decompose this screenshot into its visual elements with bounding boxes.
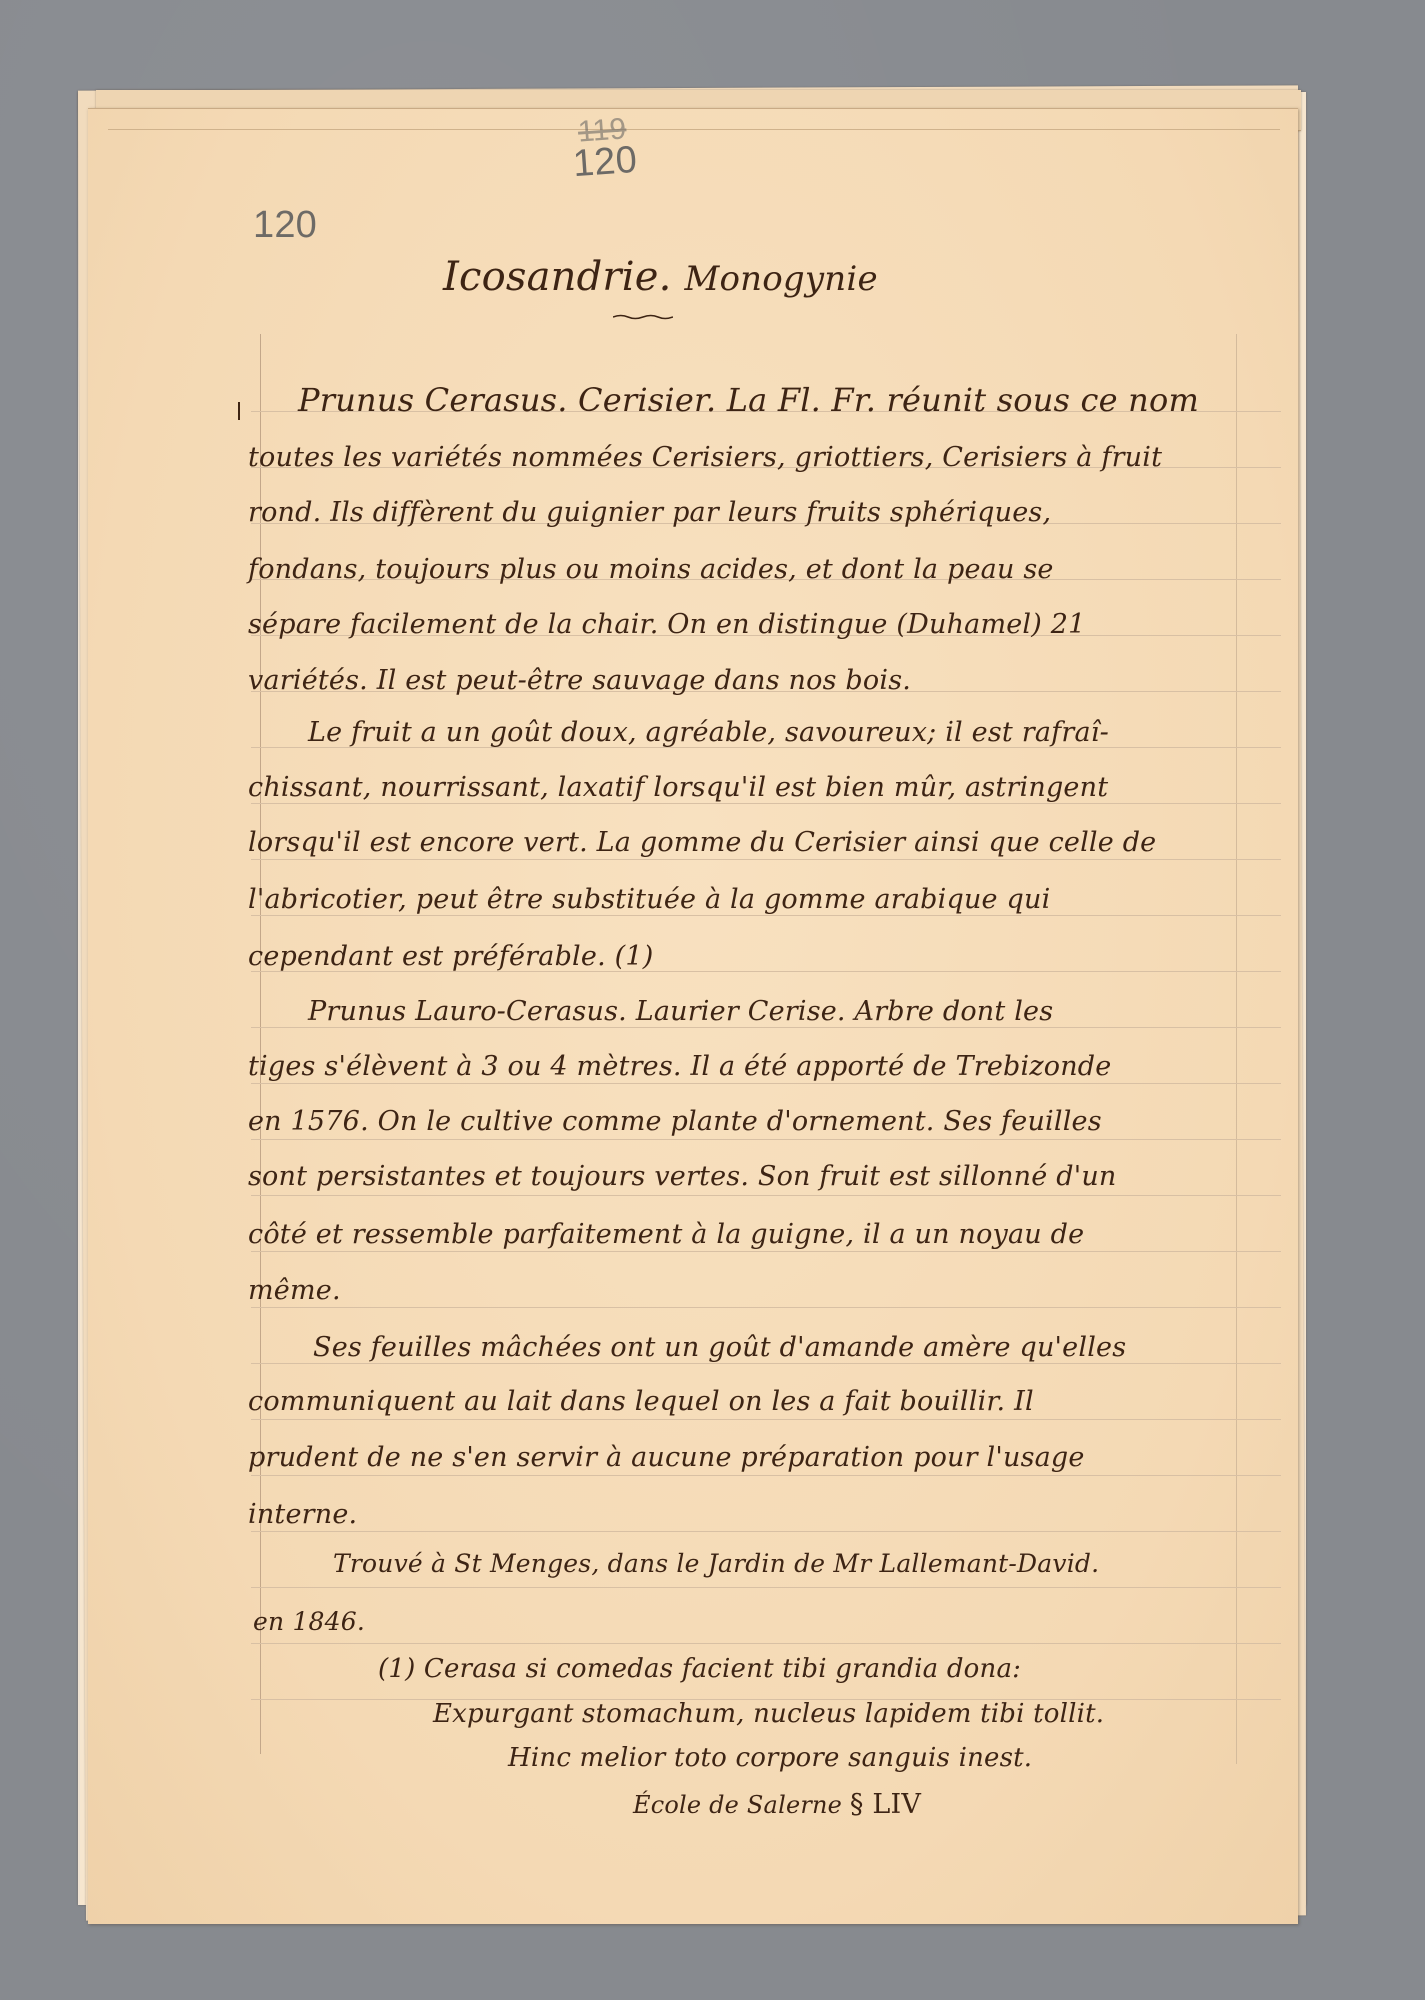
- rule-line: [251, 1643, 1281, 1644]
- rule-line: [251, 1475, 1281, 1476]
- rule-line: [251, 1139, 1281, 1140]
- paragraph-2-line: chissant, nourrissant, laxatif lorsqu'il…: [248, 772, 1108, 803]
- paragraph-2-line: Le fruit a un goût doux, agréable, savou…: [308, 717, 1109, 748]
- rule-line: [251, 1531, 1281, 1532]
- paragraph-4-line: Ses feuilles mâchées ont un goût d'amand…: [313, 1332, 1126, 1363]
- paragraph-1-line: toutes les variétés nommées Cerisiers, g…: [248, 442, 1162, 473]
- paragraph-2-line: l'abricotier, peut être substituée à la …: [248, 884, 1050, 915]
- paragraph-3-line: tiges s'élèvent à 3 ou 4 mètres. Il a ét…: [248, 1051, 1111, 1082]
- location-line: Trouvé à St Menges, dans le Jardin de Mr…: [333, 1549, 1099, 1578]
- paragraph-1-line: rond. Ils diffèrent du guignier par leur…: [248, 497, 1051, 528]
- paragraph-4-line: prudent de ne s'en servir à aucune prépa…: [248, 1442, 1085, 1473]
- paragraph-2-line: lorsqu'il est encore vert. La gomme du C…: [248, 827, 1156, 858]
- paragraph-3-line: en 1576. On le cultive comme plante d'or…: [248, 1106, 1102, 1137]
- title-flourish-icon: [613, 314, 673, 320]
- footnote-line: Expurgant stomachum, nucleus lapidem tib…: [433, 1699, 1104, 1729]
- footnote-line: Hinc melior toto corpore sanguis inest.: [508, 1743, 1032, 1773]
- paragraph-4-line: communiquent au lait dans lequel on les …: [248, 1386, 1034, 1417]
- rule-line: [251, 1027, 1281, 1028]
- rule-line: [251, 859, 1281, 860]
- page-fold-line: [108, 129, 1280, 132]
- paragraph-3-line: même.: [248, 1275, 341, 1306]
- title-order: Monogynie: [684, 259, 877, 299]
- rule-line: [251, 1251, 1281, 1252]
- date-line: en 1846.: [253, 1607, 365, 1636]
- paragraph-1-line: sépare facilement de la chair. On en dis…: [248, 609, 1086, 640]
- footnote-verse: Cerasa si comedas facient tibi grandia d…: [424, 1654, 1021, 1684]
- paragraph-3-line: Prunus Lauro-Cerasus. Laurier Cerise. Ar…: [308, 996, 1053, 1027]
- ruled-area: [260, 334, 1241, 1754]
- paragraph-3-line: côté et ressemble parfaitement à la guig…: [248, 1219, 1084, 1250]
- paragraph-1-line: fondans, toujours plus ou moins acides, …: [248, 554, 1054, 585]
- paragraph-1-line: Prunus Cerasus. Cerisier. La Fl. Fr. réu…: [298, 381, 1199, 419]
- paragraph-3-line: sont persistantes et toujours vertes. So…: [248, 1161, 1117, 1192]
- rule-line: [251, 1363, 1281, 1364]
- paragraph-1-line: variétés. Il est peut-être sauvage dans …: [248, 665, 911, 696]
- title-class: Icosandrie.: [443, 254, 672, 300]
- rule-line: [251, 1419, 1281, 1420]
- paragraph-4-line: interne.: [248, 1499, 357, 1530]
- footnote-line: (1) Cerasa si comedas facient tibi grand…: [378, 1654, 1021, 1684]
- folio-number-left: 120: [253, 204, 317, 247]
- page-title: Icosandrie. Monogynie: [443, 254, 878, 300]
- rule-line: [251, 1307, 1281, 1308]
- footnote-source-name: École de Salerne: [633, 1791, 842, 1819]
- rule-line: [251, 915, 1281, 916]
- rule-line: [251, 1587, 1281, 1588]
- rule-line: [251, 803, 1281, 804]
- footnote-section: § LIV: [850, 1789, 921, 1820]
- footnote-source: École de Salerne § LIV: [633, 1789, 921, 1820]
- paragraph-2-line: cependant est préférable. (1): [248, 941, 653, 972]
- folio-number-top: 120: [572, 139, 639, 186]
- rule-line: [251, 1083, 1281, 1084]
- footnote-marker: (1): [378, 1654, 415, 1684]
- manuscript-page: 119 120 120 Icosandrie. Monogynie: [88, 108, 1298, 1924]
- margin-mark: [238, 402, 240, 420]
- rule-line: [251, 1195, 1281, 1196]
